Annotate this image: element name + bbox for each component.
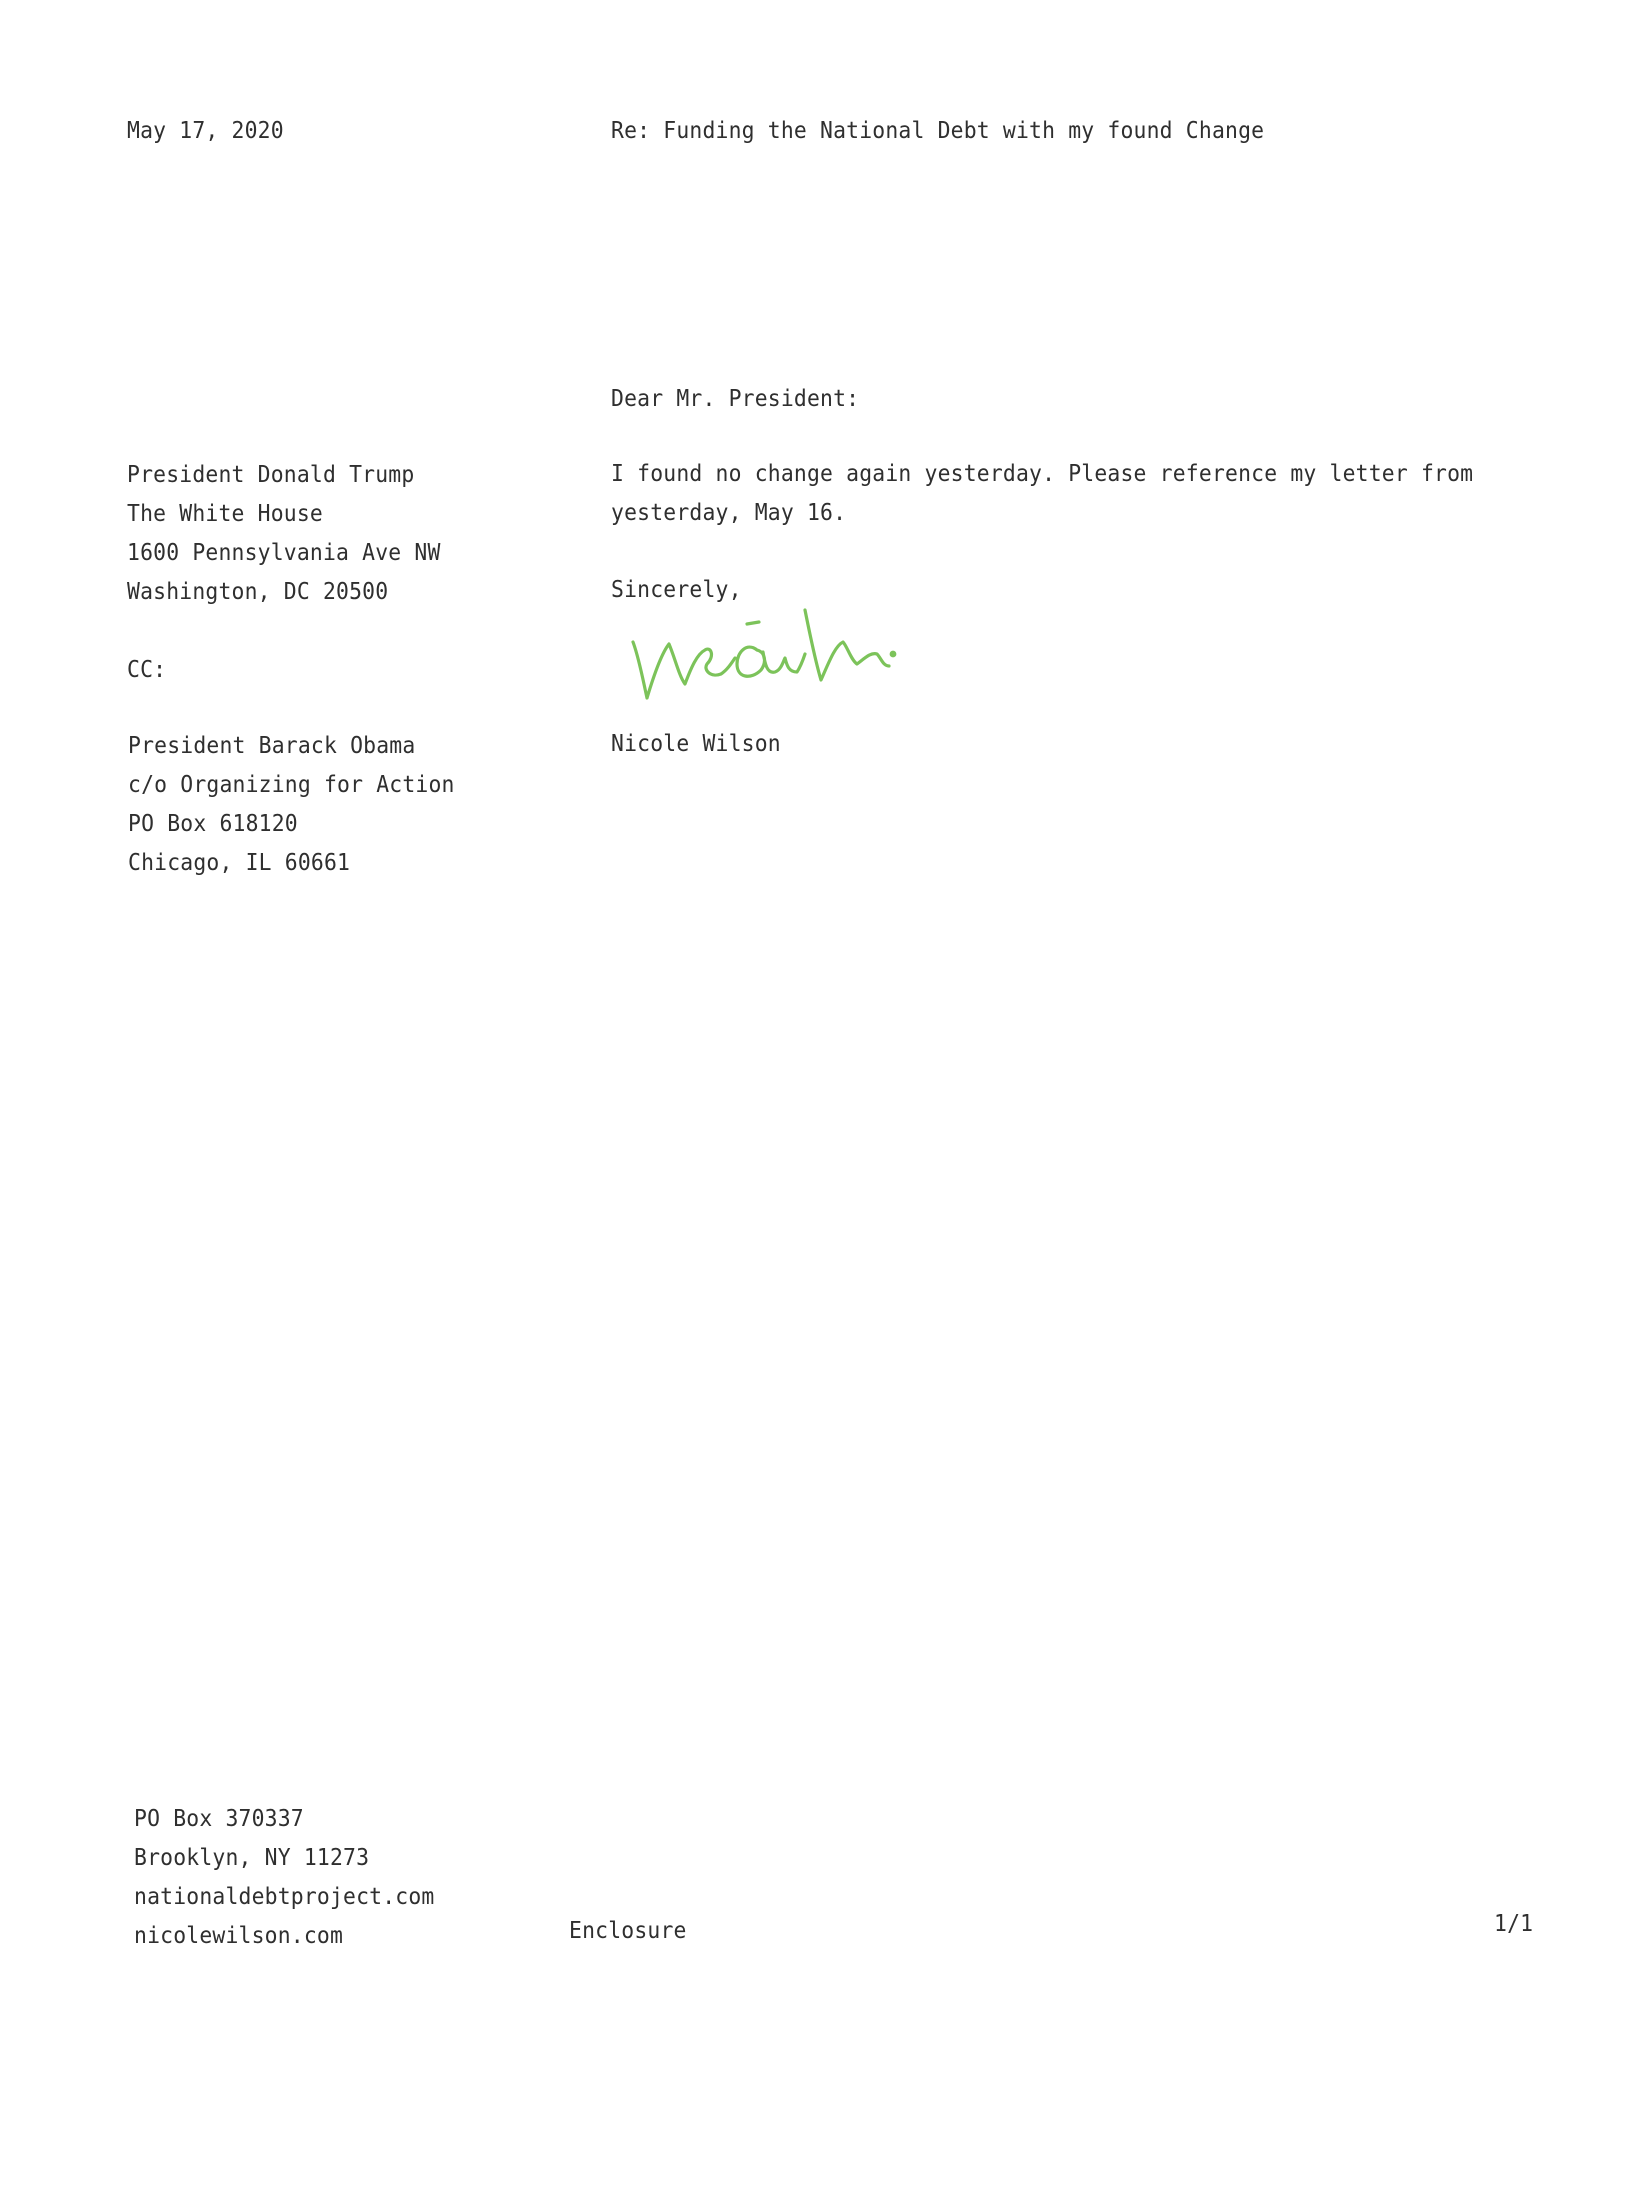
sender-address: PO Box 370337 Brooklyn, NY 11273 nationa…: [134, 1800, 434, 1956]
recipient-organization: The White House: [127, 495, 441, 534]
cc-recipient-name: President Barack Obama: [128, 727, 455, 766]
sender-city: Brooklyn, NY 11273: [134, 1839, 434, 1878]
enclosure-note: Enclosure: [569, 1912, 687, 1951]
recipient-street: 1600 Pennsylvania Ave NW: [127, 534, 441, 573]
signer-name: Nicole Wilson: [611, 725, 781, 764]
recipient-address: President Donald Trump The White House 1…: [127, 456, 441, 612]
cc-recipient-city: Chicago, IL 60661: [128, 844, 455, 883]
sender-website: nicolewilson.com: [134, 1917, 434, 1956]
salutation: Dear Mr. President:: [611, 380, 859, 419]
body-line: I found no change again yesterday. Pleas…: [611, 455, 1473, 494]
sender-website: nationaldebtproject.com: [134, 1878, 434, 1917]
body-line: yesterday, May 16.: [611, 494, 1473, 533]
cc-recipient-po-box: PO Box 618120: [128, 805, 455, 844]
cc-label: CC:: [127, 651, 166, 690]
cc-recipient-address: President Barack Obama c/o Organizing fo…: [128, 727, 455, 883]
page-number: 1/1: [1494, 1905, 1533, 1944]
letter-date: May 17, 2020: [127, 112, 284, 151]
sender-po-box: PO Box 370337: [134, 1800, 434, 1839]
recipient-city: Washington, DC 20500: [127, 573, 441, 612]
cc-recipient-organization: c/o Organizing for Action: [128, 766, 455, 805]
recipient-name: President Donald Trump: [127, 456, 441, 495]
letter-subject: Re: Funding the National Debt with my fo…: [611, 112, 1264, 151]
signature-icon: [625, 580, 995, 710]
letter-body: I found no change again yesterday. Pleas…: [611, 455, 1473, 533]
